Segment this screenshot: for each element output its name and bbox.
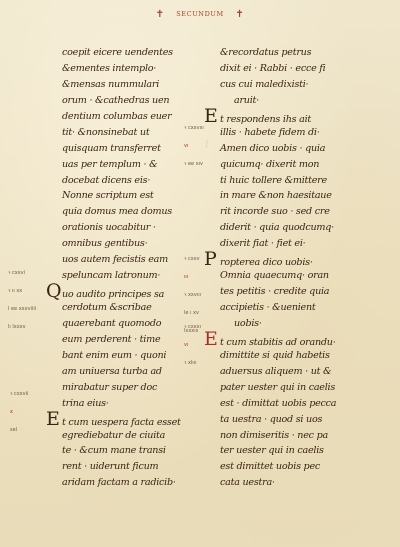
text-line: tes petitis · credite quia bbox=[220, 284, 350, 300]
text-line: uobis· bbox=[220, 316, 350, 332]
text-line: rent · uiderunt ficum bbox=[62, 459, 187, 475]
text-line: coepit eicere uendentes bbox=[62, 45, 187, 61]
text-line: cus cui maledixisti· bbox=[220, 77, 350, 93]
text-line-with-initial: Quo audito principes sa bbox=[62, 284, 187, 300]
show-through-text: I bbox=[205, 140, 209, 150]
text-line: Nonne scriptum est bbox=[62, 188, 187, 204]
margin-note-canon-table: ꝛ cxxvi ꝛ ıı xx l ee xxxviiii lı lxxxv bbox=[8, 258, 36, 342]
text-line: te · &cum mane transi bbox=[62, 443, 187, 459]
initial-letter-rubricated: E bbox=[204, 332, 218, 346]
running-head: ✝ SECUNDUM ✝ bbox=[0, 9, 400, 20]
text-line: am uniuersa turba ad bbox=[62, 364, 187, 380]
text-line: aruit· bbox=[220, 93, 350, 109]
text-column-right: &recordatus petrus dixit ei · Rabbi · ec… bbox=[220, 45, 350, 491]
text-line: ta uestra · quod si uos bbox=[220, 412, 350, 428]
text-line: ti huic tollere &mittere bbox=[220, 173, 350, 189]
text-line: cerdotum &scribae bbox=[62, 300, 187, 316]
text-line-with-initial: Et cum uespera facta esset bbox=[62, 412, 187, 428]
text-line: uos autem fecistis eam bbox=[62, 252, 187, 268]
text-line: quisquam transferret bbox=[62, 141, 187, 157]
text-line: dentium columbas euer bbox=[62, 109, 187, 125]
text-line: bant enim eum · quoni bbox=[62, 348, 187, 364]
text-line: mirabatur super doc bbox=[62, 380, 187, 396]
text-line: dimittite si quid habetis bbox=[220, 348, 350, 364]
text-line: diderit · quia quodcumq· bbox=[220, 220, 350, 236]
text-line: trina eius· bbox=[62, 396, 187, 412]
text-line: est · dimittat uobis pecca bbox=[220, 396, 350, 412]
text-line: Omnia quaecumq· oran bbox=[220, 268, 350, 284]
text-line: egrediebatur de ciuita bbox=[62, 428, 187, 444]
text-line: aduersus aliquem · ut & bbox=[220, 364, 350, 380]
text-line: in mare &non haesitaue bbox=[220, 188, 350, 204]
text-line: ter uester qui in caelis bbox=[220, 443, 350, 459]
text-line: orum · &cathedras uen bbox=[62, 93, 187, 109]
text-line: orationis uocabitur · bbox=[62, 220, 187, 236]
text-line: illis · habete fidem di· bbox=[220, 125, 350, 141]
text-line: tit· &nonsinebat ut bbox=[62, 125, 187, 141]
text-line-with-initial: Et cum stabitis ad orandu· bbox=[220, 332, 350, 348]
text-line: speluncam latronum· bbox=[62, 268, 187, 284]
initial-letter: P bbox=[204, 252, 218, 266]
text-line: cata uestra· bbox=[220, 475, 350, 491]
margin-note-canon-table: ꝛ cxxvii x sel bbox=[10, 379, 28, 445]
text-line: quia domus mea domus bbox=[62, 204, 187, 220]
text-column-left: coepit eicere uendentes &ementes intempl… bbox=[62, 45, 187, 491]
text-line: accipietis · &uenient bbox=[220, 300, 350, 316]
text-line: &recordatus petrus bbox=[220, 45, 350, 61]
text-line: Amen dico uobis · quia bbox=[220, 141, 350, 157]
text-line: aridam factam a radicib· bbox=[62, 475, 187, 491]
text-line: &ementes intemplo· bbox=[62, 61, 187, 77]
initial-letter: Q bbox=[46, 284, 60, 298]
text-line: quaerebant quomodo bbox=[62, 316, 187, 332]
text-line-with-initial: Propterea dico uobis· bbox=[220, 252, 350, 268]
text-line: dixit ei · Rabbi · ecce fi bbox=[220, 61, 350, 77]
text-line-with-initial: Et respondens ihs ait bbox=[220, 109, 350, 125]
text-line: quicumq· dixerit mon bbox=[220, 157, 350, 173]
text-line: eum perderent · time bbox=[62, 332, 187, 348]
manuscript-page: ✝ SECUNDUM ✝ I ꝛ cxxvi ꝛ ıı xx l ee xxxv… bbox=[0, 0, 400, 547]
text-line: non dimiseritis · nec pa bbox=[220, 428, 350, 444]
cross-right-icon: ✝ bbox=[235, 9, 244, 20]
text-line: uas per templum · & bbox=[62, 157, 187, 173]
text-line: est dimittet uobis pec bbox=[220, 459, 350, 475]
initial-letter: E bbox=[46, 412, 60, 426]
text-line: rit incorde suo · sed cre bbox=[220, 204, 350, 220]
cross-left-icon: ✝ bbox=[156, 9, 165, 20]
text-line: docebat dicens eis· bbox=[62, 173, 187, 189]
text-line: pater uester qui in caelis bbox=[220, 380, 350, 396]
text-line: dixerit fiat · fiet ei· bbox=[220, 236, 350, 252]
initial-letter: E bbox=[204, 109, 218, 123]
text-line: &mensas nummulari bbox=[62, 77, 187, 93]
text-line: omnibus gentibus· bbox=[62, 236, 187, 252]
running-title: SECUNDUM bbox=[176, 10, 223, 18]
